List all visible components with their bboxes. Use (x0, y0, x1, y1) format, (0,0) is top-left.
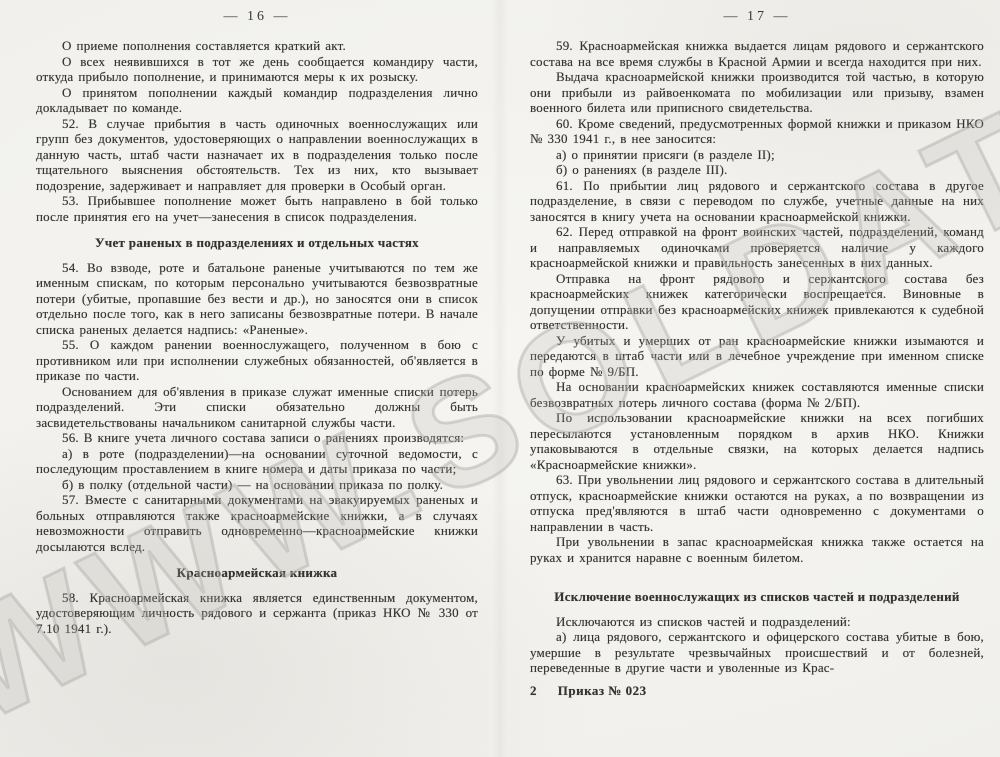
section-heading: Красноармейская книжка (50, 565, 464, 581)
paragraph: а) в роте (подразделении)—на основании с… (36, 446, 478, 477)
paragraph: Выдача красноармейской книжки производит… (530, 69, 984, 116)
paragraph: а) о принятии присяги (в разделе II); (530, 147, 984, 163)
paragraph: б) о ранениях (в разделе III). (530, 162, 984, 178)
paragraph: 62. Перед отправкой на фронт воинских ча… (530, 224, 984, 271)
print-signature-label: Приказ № 023 (558, 683, 647, 698)
paragraph: Исключаются из списков частей и подразде… (530, 614, 984, 630)
paragraph: О всех неявившихся в тот же день сообщае… (36, 54, 478, 85)
paragraph: 53. Прибывшее пополнение может быть напр… (36, 193, 478, 224)
section-heading: Исключение военнослужащих из списков час… (544, 589, 970, 605)
page-spread: — 16 — О приеме пополнения составляется … (0, 0, 1000, 757)
paragraph: 58. Красноармейская книжка является един… (36, 590, 478, 637)
page-16: — 16 — О приеме пополнения составляется … (0, 0, 500, 757)
paragraph: б) в полку (отдельной части) — на основа… (36, 477, 478, 493)
paragraph: Отправка на фронт рядового и сержантског… (530, 271, 984, 333)
print-signature: 2 Приказ № 023 (530, 683, 984, 699)
paragraph: У убитых и умерших от ран красноармейски… (530, 333, 984, 380)
paragraph: По использовании красноармейские книжки … (530, 410, 984, 472)
scanned-document: WWW.SOLDAT.RU — 16 — О приеме пополнения… (0, 0, 1000, 757)
paragraph: О приеме пополнения составляется краткий… (36, 38, 478, 54)
paragraph: О принятом пополнении каждый командир по… (36, 85, 478, 116)
page-17: — 17 — 59. Красноармейская книжка выдает… (500, 0, 1000, 757)
paragraph: 56. В книге учета личного состава записи… (36, 430, 478, 446)
paragraph: 57. Вместе с санитарными документами на … (36, 492, 478, 554)
paragraph: 55. О каждом ранении военнослужащего, по… (36, 337, 478, 384)
paragraph: 54. Во взводе, роте и батальоне раненые … (36, 260, 478, 338)
print-signature-number: 2 (530, 683, 537, 698)
paragraph: а) лица рядового, сержантского и офицерс… (530, 629, 984, 676)
paragraph: 52. В случае прибытия в часть одиночных … (36, 116, 478, 194)
page-number: — 17 — (530, 9, 984, 25)
paragraph: 63. При увольнении лиц рядового и сержан… (530, 472, 984, 534)
page-number: — 16 — (36, 9, 478, 25)
paragraph: При увольнении в запас красноармейская к… (530, 534, 984, 565)
page-17-body: 59. Красноармейская книжка выдается лица… (530, 38, 984, 676)
paragraph: 61. По прибытии лиц рядового и сержантск… (530, 178, 984, 225)
paragraph: Основанием для об'явления в приказе служ… (36, 384, 478, 431)
paragraph: 59. Красноармейская книжка выдается лица… (530, 38, 984, 69)
paragraph: 60. Кроме сведений, предусмотренных форм… (530, 116, 984, 147)
paragraph: На основании красноармейских книжек сост… (530, 379, 984, 410)
page-16-body: О приеме пополнения составляется краткий… (36, 38, 478, 636)
section-heading: Учет раненых в подразделениях и отдельны… (50, 235, 464, 251)
